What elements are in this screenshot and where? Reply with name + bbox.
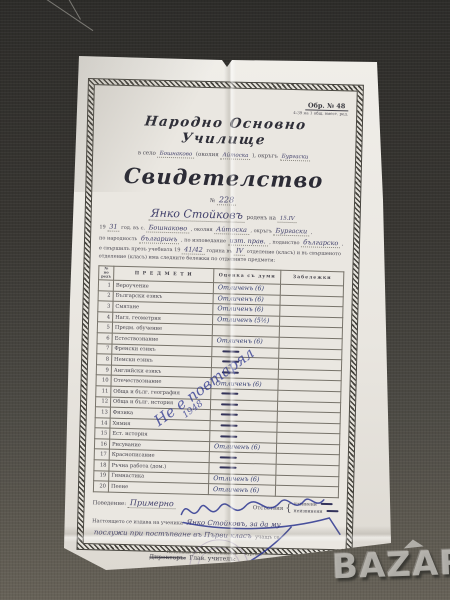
unexcused-dash bbox=[326, 510, 338, 512]
handwritten-fill: Бургаски bbox=[273, 227, 309, 237]
student-name: Янко Стойковъ bbox=[149, 207, 246, 223]
note-cell bbox=[275, 485, 338, 497]
printed-sheet: Обр. № 48 4-39 на 1 общ. вмест. ред. Нар… bbox=[76, 78, 363, 557]
paper-edge-tear bbox=[63, 344, 68, 353]
school-title: Народно Основно Училище bbox=[100, 112, 350, 150]
region-handwritten: Бургаски bbox=[280, 154, 311, 162]
certificate-paper: Обр. № 48 4-39 на 1 общ. вмест. ред. Нар… bbox=[58, 52, 396, 572]
row-number: 11 bbox=[96, 386, 111, 397]
row-number: 16 bbox=[94, 439, 109, 450]
printed-text: , окръгъ bbox=[250, 228, 272, 235]
row-number: 6 bbox=[97, 333, 112, 344]
behavior-value: Примерно bbox=[128, 498, 176, 509]
issue-printed-tail: учащъ се. bbox=[255, 534, 281, 541]
subject-cell: Пеене bbox=[108, 481, 208, 494]
row-number: 17 bbox=[94, 449, 109, 460]
number-label: № bbox=[210, 198, 215, 204]
behavior-block: Поведение: Примерно bbox=[93, 497, 176, 508]
certificate-number: 228 bbox=[217, 195, 237, 205]
certificate-number-line: № 228 bbox=[100, 192, 346, 207]
row-number: 19 bbox=[94, 470, 109, 481]
born-date: 15.IV bbox=[278, 216, 297, 223]
handwritten-fill: 31 bbox=[107, 223, 119, 232]
printed-text: година въ bbox=[206, 248, 232, 255]
row-number: 20 bbox=[93, 481, 108, 492]
row-number: 18 bbox=[94, 460, 109, 471]
handwritten-fill: Айтоска bbox=[214, 225, 249, 235]
printed-text: , по изповедание bbox=[181, 237, 226, 244]
issue-handwritten-1: Янко Стойковъ, за да му bbox=[184, 518, 282, 528]
unexcused-row: неизвинени bbox=[293, 509, 338, 517]
header-note: Забележки bbox=[281, 270, 344, 286]
row-number: 15 bbox=[95, 428, 110, 439]
background-scratch bbox=[45, 0, 94, 31]
printed-text: , bbox=[342, 241, 344, 247]
handwritten-fill: Бошнаково bbox=[147, 223, 190, 233]
absences-rows: извинени неизвинени bbox=[293, 502, 338, 517]
row-number: 4 bbox=[98, 312, 113, 323]
round-stamp bbox=[188, 539, 249, 600]
behavior-label: Поведение: bbox=[93, 500, 127, 507]
printed-text: , bbox=[311, 229, 313, 235]
district-close: ), bbox=[252, 153, 256, 159]
row-number: 8 bbox=[97, 354, 112, 365]
issue-printed: Настоящето се издава на ученика bbox=[92, 518, 183, 526]
excused-dash bbox=[321, 503, 333, 505]
region-label: окръгъ bbox=[258, 153, 278, 159]
grade-cell: Отличенъ (6) bbox=[208, 484, 275, 496]
village-handwritten: Бошнаково bbox=[158, 151, 195, 159]
document-title: Свидетелство bbox=[100, 162, 347, 193]
issue-handwritten-2: послужи при постъпване въ Първи класъ bbox=[92, 528, 254, 540]
watermark-text: BAZAR bbox=[331, 543, 450, 588]
absences-brace: { bbox=[285, 503, 292, 514]
printed-text: 19 bbox=[99, 224, 106, 230]
handwritten-fill: изт. прав. bbox=[227, 236, 267, 246]
handwritten-fill: IV bbox=[234, 247, 245, 256]
absences-label: Отсъствия bbox=[253, 505, 284, 512]
certificate-content: Обр. № 48 4-39 на 1 общ. вмест. ред. Нар… bbox=[83, 84, 358, 550]
row-number: 2 bbox=[98, 290, 113, 301]
photo-background: Обр. № 48 4-39 на 1 общ. вмест. ред. Нар… bbox=[0, 0, 450, 600]
form-number-block: Обр. № 48 4-39 на 1 общ. вмест. ред. bbox=[102, 88, 348, 116]
district-label: (околия bbox=[196, 152, 219, 159]
head-teacher-label: Глав. учителъ: bbox=[189, 555, 236, 563]
printed-text: год. въ с. bbox=[121, 225, 145, 232]
row-number: 5 bbox=[97, 322, 112, 333]
handwritten-fill: българско bbox=[301, 238, 340, 248]
location-line: в село Бошнаково (околия Айтоска ), окръ… bbox=[101, 149, 347, 161]
printed-text: , поданство bbox=[269, 239, 299, 246]
row-number: 7 bbox=[97, 343, 112, 354]
absences-block: Отсъствия { извинени неизвинени bbox=[253, 501, 339, 517]
director-label-struck: Директоръ: bbox=[149, 554, 186, 562]
row-number: 10 bbox=[96, 375, 111, 386]
row-number: 12 bbox=[95, 396, 110, 407]
printed-text: е свършилъ презъ учебната 19 bbox=[99, 246, 181, 254]
row-number: 9 bbox=[96, 365, 111, 376]
handwritten-fill: 41/42 bbox=[182, 246, 205, 256]
paper-edge-tear bbox=[68, 108, 76, 121]
behavior-row: Поведение: Примерно Отсъствия { извинени… bbox=[92, 497, 338, 517]
row-number: 1 bbox=[98, 280, 113, 291]
printed-text: , околия bbox=[191, 227, 213, 234]
village-label: в село bbox=[138, 150, 156, 156]
printed-text: по народность bbox=[99, 235, 137, 242]
handwritten-fill: българинъ bbox=[139, 234, 180, 244]
intro-paragraph: 19 31 год. въ с. Бошнаково , околия Айто… bbox=[99, 221, 346, 267]
header-rownum: № по редъ bbox=[99, 266, 114, 280]
ornamental-border: Обр. № 48 4-39 на 1 общ. вмест. ред. Нар… bbox=[76, 78, 363, 557]
bazar-watermark: BAZAR bbox=[331, 543, 450, 588]
row-number: 13 bbox=[95, 407, 110, 418]
row-number: 14 bbox=[95, 417, 110, 428]
row-number: 3 bbox=[98, 301, 113, 312]
born-label: роденъ на bbox=[247, 215, 276, 222]
district-handwritten: Айтоска bbox=[220, 152, 250, 160]
